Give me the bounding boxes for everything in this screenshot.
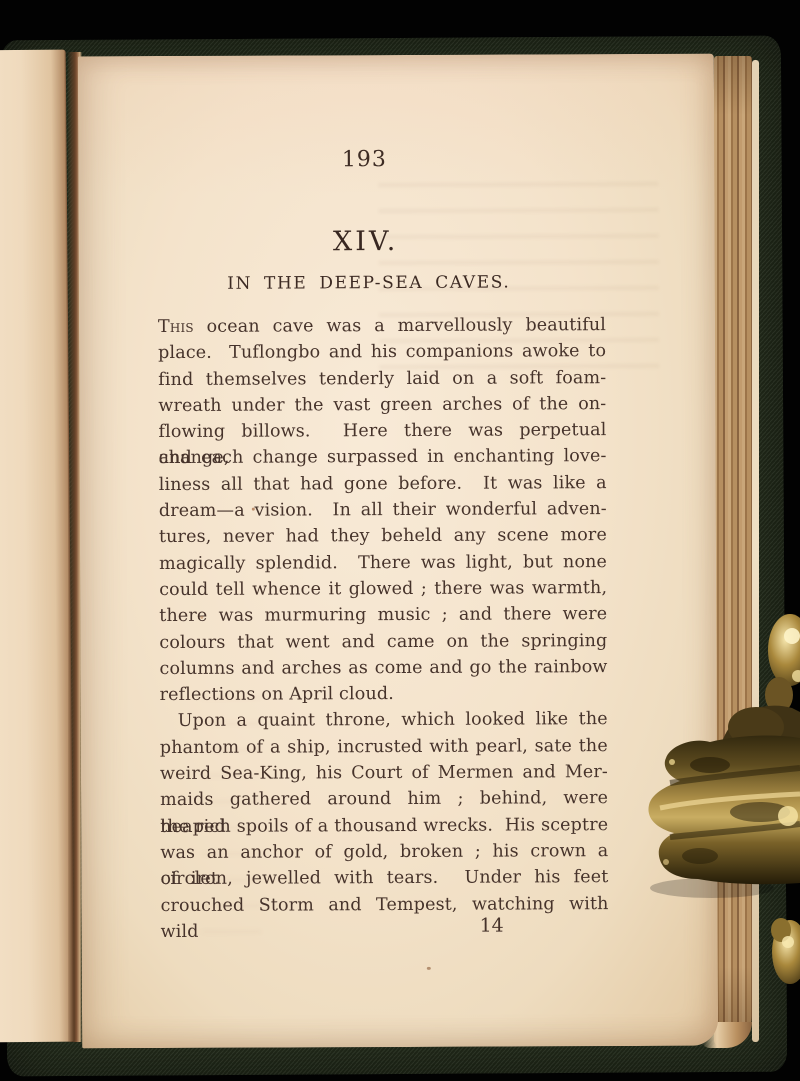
text-line: find themselves tenderly laid on a soft … (158, 365, 606, 393)
text-line: Upon a quaint throne, which looked like … (160, 707, 608, 735)
text-line: maids gathered around him ; behind, were… (160, 785, 608, 813)
chapter-number: XIV. (48, 225, 684, 259)
text-line: dream—a vision. In all their wonderful a… (159, 496, 607, 524)
text-line: flowing billows. Here there was perpetua… (158, 417, 606, 445)
paragraph: Upon a quaint throne, which looked like … (160, 707, 609, 919)
text-line: liness all that had gone before. It was … (159, 470, 607, 498)
body-text: This ocean cave was a marvellously beaut… (158, 312, 609, 919)
paragraph: This ocean cave was a marvellously beaut… (158, 312, 608, 708)
book-page: 193 XIV. IN THE DEEP-SEA CAVES. This oce… (78, 54, 718, 1049)
text-line: wreath under the vast green arches of th… (158, 391, 606, 419)
text-line: magically splendid. There was light, but… (159, 549, 607, 577)
text-line: crouched Storm and Tempest, watching wit… (160, 891, 608, 919)
small-caps-word: This (158, 317, 194, 337)
signature-mark: 14 (462, 914, 522, 936)
text-line: was an anchor of gold, broken ; his crow… (160, 838, 608, 866)
brass-clasp-icon (640, 600, 800, 1000)
text-line: place. Tuflongbo and his companions awok… (158, 338, 606, 366)
paper-speck (252, 508, 255, 511)
text-line: and each change surpassed in enchanting … (159, 444, 607, 472)
left-page (0, 50, 74, 1043)
text-line: columns and arches as come and go the ra… (159, 654, 607, 682)
text-line: the rich spoils of a thousand wrecks. Hi… (160, 812, 608, 840)
text-line: colours that went and came on the spring… (159, 628, 607, 656)
paper-speck (427, 967, 431, 970)
text-line: could tell whence it glowed ; there was … (159, 575, 607, 603)
paper-speck (200, 616, 203, 619)
chapter-title: IN THE DEEP-SEA CAVES. (51, 272, 687, 295)
text-line: of iron, jewelled with tears. Under his … (160, 864, 608, 892)
text-line: weird Sea-King, his Court of Mermen and … (160, 759, 608, 787)
photo-background: 193 XIV. IN THE DEEP-SEA CAVES. This oce… (0, 0, 800, 1081)
text-line: phantom of a ship, incrusted with pearl,… (160, 733, 608, 761)
text-line: there was murmuring music ; and there we… (159, 601, 607, 629)
text-line: reflections on April cloud. (160, 680, 608, 708)
text-line: tures, never had they beheld any scene m… (159, 522, 607, 550)
page-number: 193 (46, 146, 682, 174)
text-line: This ocean cave was a marvellously beaut… (158, 312, 606, 340)
